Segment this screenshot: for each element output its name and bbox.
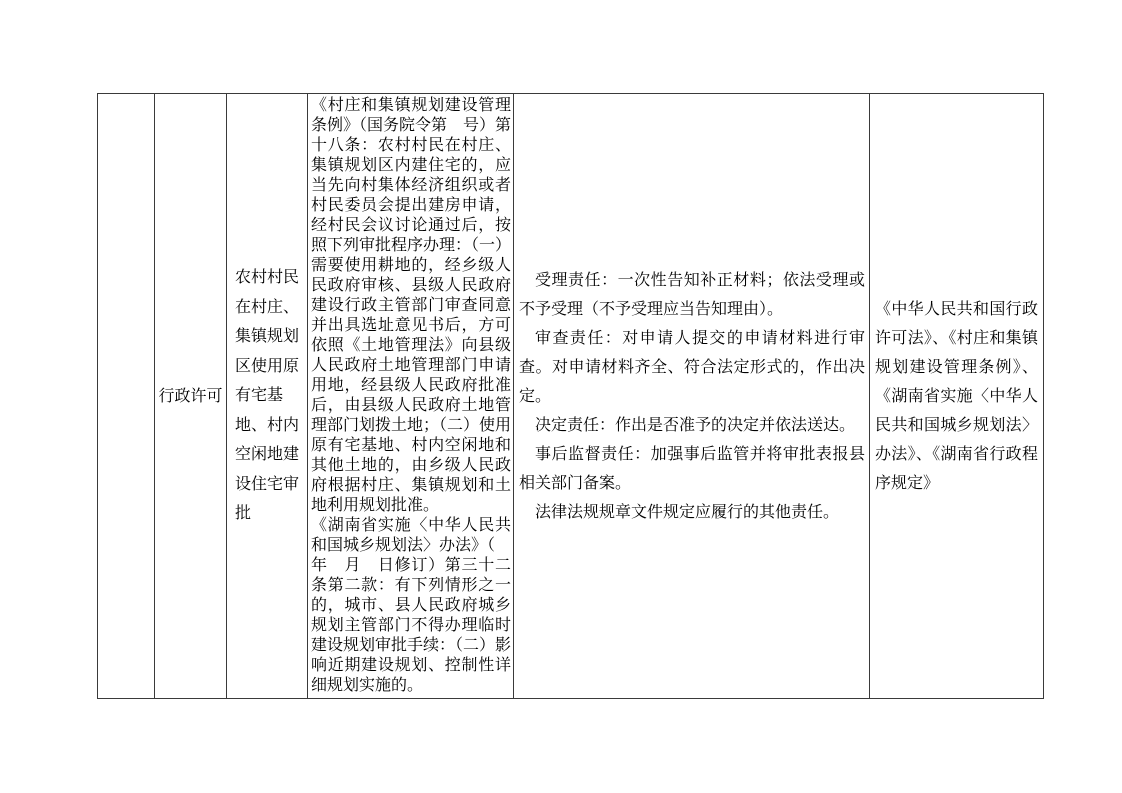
reference-laws-text: 《中华人民共和国行政许可法》、《村庄和集镇规划建设管理条例》、《湖南省实施〈中华… [875,301,1038,492]
legal-basis-paragraph: 《湖南省实施〈中华人民共和国城乡规划法〉办法》（ [311,516,511,556]
responsibility-paragraph: 决定责任：作出是否准予的决定并依法送达。 [519,411,865,440]
legal-basis-paragraph: 年 月 日修订）第三十二条第二款：有下列情形之一的，城市、县人民政府城乡规划主管… [311,556,511,696]
responsibility-paragraph: 法律法规规章文件规定应履行的其他责任。 [519,498,865,527]
responsibility-paragraph: 事后监督责任：加强事后监管并将审批表报县相关部门备案。 [519,440,865,498]
category-label: 行政许可 [158,388,222,405]
responsibilities-cell: 受理责任：一次性告知补正材料；依法受理或不予受理（不予受理应当告知理由）。 审查… [514,94,870,699]
category-cell: 行政许可 [155,94,227,699]
responsibility-table: 行政许可 农村村民在村庄、集镇规划区使用原有宅基地、村内空闲地建设住宅审批 《村… [97,93,1044,699]
row-index-cell [98,94,155,699]
responsibility-paragraph: 受理责任：一次性告知补正材料；依法受理或不予受理（不予受理应当告知理由）。 [519,266,865,324]
legal-basis-cell: 《村庄和集镇规划建设管理条例》（国务院令第 号）第十八条：农村村民在村庄、集镇规… [308,94,514,699]
item-name-text: 农村村民在村庄、集镇规划区使用原有宅基地、村内空闲地建设住宅审批 [235,269,299,522]
reference-laws-cell: 《中华人民共和国行政许可法》、《村庄和集镇规划建设管理条例》、《湖南省实施〈中华… [870,94,1044,699]
item-name-cell: 农村村民在村庄、集镇规划区使用原有宅基地、村内空闲地建设住宅审批 [227,94,308,699]
legal-basis-paragraph: 《村庄和集镇规划建设管理条例》（国务院令第 号）第十八条：农村村民在村庄、集镇规… [311,96,511,516]
responsibility-paragraph: 审查责任：对申请人提交的申请材料进行审查。对申请材料齐全、符合法定形式的，作出决… [519,324,865,411]
document-page: 行政许可 农村村民在村庄、集镇规划区使用原有宅基地、村内空闲地建设住宅审批 《村… [0,0,1122,793]
table-row: 行政许可 农村村民在村庄、集镇规划区使用原有宅基地、村内空闲地建设住宅审批 《村… [98,94,1044,699]
